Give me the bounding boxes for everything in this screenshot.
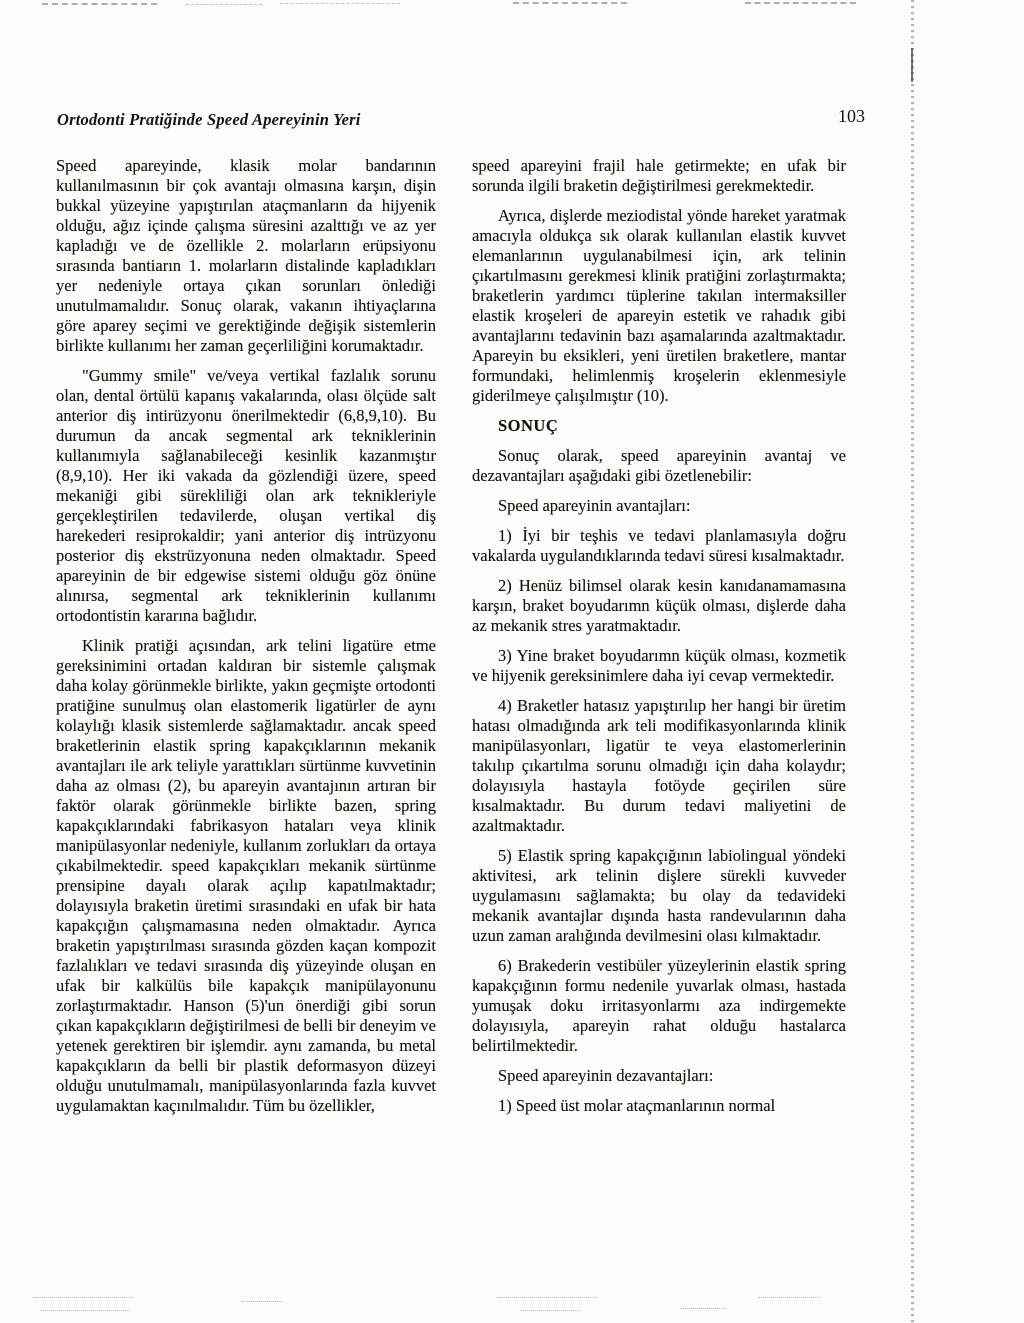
paragraph: Klinik pratiği açısından, ark telini lig…	[56, 636, 436, 1116]
scan-noise-top-segment	[513, 2, 627, 4]
scan-noise-top-segment	[42, 3, 157, 5]
scan-noise-top-segment	[186, 4, 262, 5]
scan-noise-top-segment	[745, 2, 856, 4]
scan-noise-top-segment	[280, 3, 400, 4]
right-column: speed apareyini frajil hale getirmekte; …	[472, 156, 846, 1126]
running-title: Ortodonti Pratiğinde Speed Apereyinin Ye…	[57, 110, 361, 130]
numbered-item: 3) Yine braket boyudarımn küçük olması, …	[472, 646, 846, 686]
scan-binding-artifact	[911, 0, 914, 1323]
scan-noise-bottom-segment	[40, 1310, 130, 1311]
numbered-item: 1) Speed üst molar ataçmanlarının normal	[472, 1096, 846, 1116]
paragraph: Speed apareyinde, klasik molar bandarını…	[56, 156, 436, 356]
paragraph: Ayrıca, dişlerde meziodistal yönde harek…	[472, 206, 846, 406]
scan-noise-bottom-segment	[680, 1308, 726, 1309]
scan-noise-bottom-segment	[242, 1301, 282, 1302]
numbered-item: 2) Henüz bilimsel olarak kesin kanıdanam…	[472, 576, 846, 636]
numbered-item: 5) Elastik spring kapakçığının labioling…	[472, 846, 846, 946]
section-heading: SONUÇ	[472, 416, 846, 436]
scan-noise-bottom-segment	[520, 1310, 580, 1311]
numbered-item: 6) Brakederin vestibüler yüzeylerinin el…	[472, 956, 846, 1056]
list-title: Speed apareyinin dezavantajları:	[472, 1066, 846, 1086]
paragraph: "Gummy smile" ve/veya vertikal fazlalık …	[56, 366, 436, 626]
scan-noise-bottom-segment	[758, 1297, 820, 1298]
scan-binding-artifact-dark	[911, 48, 913, 82]
page-number: 103	[838, 106, 865, 127]
paragraph: speed apareyini frajil hale getirmekte; …	[472, 156, 846, 196]
scan-noise-bottom-segment	[33, 1297, 133, 1298]
left-column: Speed apareyinde, klasik molar bandarını…	[56, 156, 436, 1126]
numbered-item: 1) İyi bir teşhis ve tedavi planlamasıyl…	[472, 526, 846, 566]
numbered-item: 4) Braketler hatasız yapıştırılıp her ha…	[472, 696, 846, 836]
list-title: Speed apareyinin avantajları:	[472, 496, 846, 516]
paragraph: Sonuç olarak, speed apareyinin avantaj v…	[472, 446, 846, 486]
scan-noise-bottom-segment	[497, 1297, 597, 1298]
scanned-journal-page: Ortodonti Pratiğinde Speed Apereyinin Ye…	[0, 0, 1024, 1323]
